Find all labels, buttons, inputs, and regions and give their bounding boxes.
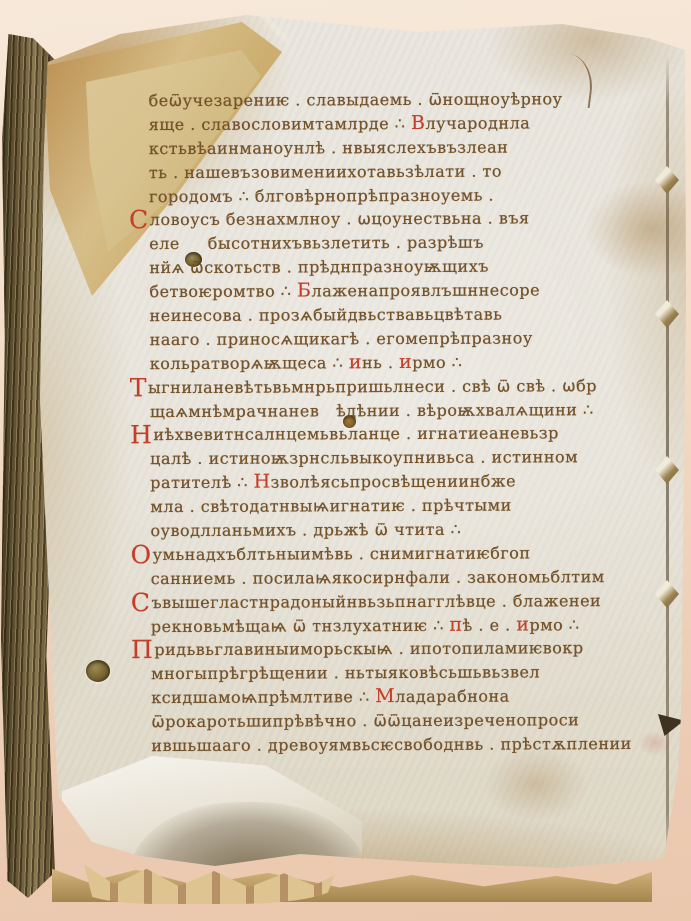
fore-edge-tab — [655, 166, 679, 194]
rubric-initial: Т — [130, 378, 147, 398]
ink-text: щаѧмнѣмрачнанев ѣдѣнии . вѣроѭхвалѧщини … — [150, 400, 594, 421]
rubric-letter: М — [375, 685, 395, 707]
text-line: Съвышегластнрадоныйнвьзьпнагглѣвце . бла… — [151, 589, 656, 615]
ink-text: ридьвьглавиныиморьскыѩ . ипотопиламиѥвок… — [154, 639, 583, 660]
text-line: Ниѣхвевитнсалнцемьвьланце . игнатиеаневь… — [150, 421, 655, 447]
text-block: беѿучезарениѥ . славыдаемь . ѿнощноуѣрно… — [149, 87, 657, 758]
ink-text: оуводлланьмихъ . дрьжѣ ѿ чтита ∴ — [150, 520, 461, 540]
text-line: многыпрѣгрѣщении . ньтыяковѣсьшьвьзвел — [151, 660, 656, 686]
ink-text: ладарабнона — [395, 687, 510, 706]
text-line: Придьвьглавиныиморьскыѩ . ипотопиламиѥво… — [151, 636, 656, 662]
page-stack-ruffles — [84, 860, 334, 904]
text-line: яще . славословимтамлрде ∴ Влучароднла — [149, 111, 654, 137]
ink-text: нйѧ ѿскотьств . прѣднпразноуѭщихъ — [149, 257, 489, 277]
text-line: еле бысотнихъвьзлетить . разрѣшъ — [149, 230, 654, 256]
rubric-initial: С — [131, 593, 151, 613]
ink-text: цалѣ . истиноѭзрнсльвыкоупнивьса . истин… — [150, 448, 578, 469]
ink-text: лучароднла — [425, 113, 530, 132]
ink-text: яще . славословимтамлрде ∴ — [149, 114, 411, 134]
rubric-letter: п — [449, 613, 462, 635]
text-line: мла . свѣтодатнвыѩигнатиѥ . прѣчтыми — [150, 493, 655, 519]
ink-text: неинесова . прозѧбыйдвьствавьцвѣтавь — [149, 305, 502, 326]
fore-edge-tab — [655, 580, 679, 608]
text-line: цалѣ . истиноѭзрнсльвыкоупнивьса . истин… — [150, 445, 655, 471]
ink-text: кольратворѧѭщеса ∴ — [150, 353, 349, 373]
text-line: ть . нашевъзовимениихотавьзѣлати . то — [149, 159, 654, 185]
rubric-letter: Б — [297, 280, 312, 302]
text-line: щаѧмнѣмрачнанев ѣдѣнии . вѣроѭхвалѧщини … — [150, 397, 655, 423]
text-line: ратителѣ ∴ Нзволѣясьпросвѣщениинбже — [150, 469, 655, 495]
text-line: Тыгниланевѣтьвьмнрьпришьлнеси . свѣ ѿ св… — [150, 374, 655, 400]
parchment-page: беѿучезарениѥ . славыдаемь . ѿнощноуѣрно… — [26, 14, 688, 870]
rubric-initial: П — [131, 641, 153, 661]
rubric-initial: С — [129, 211, 149, 231]
fore-edge-tab — [655, 456, 679, 484]
ink-text: ившьшааго . древоуямвьсѥсвободнвь . прѣс… — [151, 734, 631, 755]
ink-text: ѣ . е . — [463, 615, 517, 634]
fore-edge-tab — [655, 300, 679, 328]
text-line: оуводлланьмихъ . дрьжѣ ѿ чтита ∴ — [150, 517, 655, 543]
text-line: неинесова . прозѧбыйдвьствавьцвѣтавь — [149, 302, 654, 328]
ink-text: умьнадхъблтьныимѣвь . снимигнатиѥбгоп — [153, 543, 531, 564]
ink-text: беѿучезарениѥ . славыдаемь . ѿнощноуѣрно… — [149, 89, 563, 110]
ink-text: зволѣясьпросвѣщениинбже — [271, 472, 517, 492]
ink-text: ратителѣ ∴ — [150, 473, 253, 492]
text-line: ившьшааго . древоуямвьсѥсвободнвь . прѣс… — [151, 732, 656, 758]
text-line: Оумьнадхъблтьныимѣвь . снимигнатиѥбгоп — [151, 541, 656, 567]
rubric-letter: В — [411, 112, 426, 134]
rubric-letter: и — [399, 351, 412, 373]
ink-text: ксидшамоѩпрѣмлтиве ∴ — [151, 687, 375, 707]
ink-text: лаженапроявлъшннесоре — [311, 281, 540, 301]
ink-text: многыпрѣгрѣщении . ньтыяковѣсьшьвьзвел — [151, 663, 540, 684]
ink-text: нь . — [362, 353, 399, 372]
ink-text: санниемь . посилаѩякосирнфали . закономь… — [151, 567, 605, 588]
ink-text: рмо ∴ — [412, 353, 462, 372]
photo-background: беѿучезарениѥ . славыдаемь . ѿнощноуѣрно… — [0, 0, 691, 921]
text-line: кстьвѣаинманоунлѣ . нвыяслехъвъзлеан — [149, 135, 654, 161]
text-line: бетвоѥромтво ∴ Блаженапроявлъшннесоре — [149, 278, 654, 304]
ink-text: кстьвѣаинманоунлѣ . нвыяслехъвъзлеан — [149, 137, 509, 158]
ink-text: нааго . приносѧщикагѣ . егомепрѣпразноу — [150, 328, 533, 349]
text-line: рекновьмѣщаѩ ѿ тнзлухатниѥ ∴ пѣ . е . ир… — [151, 612, 656, 638]
ink-text: ъвышегластнрадоныйнвьзьпнагглѣвце . блаж… — [151, 591, 601, 612]
rubric-letter: и — [516, 613, 529, 635]
ink-text: ть . нашевъзовимениихотавьзѣлати . то — [149, 161, 502, 182]
rubric-initial: Н — [130, 426, 152, 446]
text-line: нйѧ ѿскотьств . прѣднпразноуѭщихъ — [149, 254, 654, 280]
ink-text: иѣхвевитнсалнцемьвьланце . игнатиеаневьз… — [153, 424, 559, 445]
ink-text: ловоусъ безнахмлноу . ѡцоунествьна . въя — [150, 209, 530, 230]
text-line: Словоусъ безнахмлноу . ѡцоунествьна . въ… — [149, 206, 654, 232]
text-line: городомъ ∴ блговѣрнопрѣпразноуемь . — [149, 182, 654, 208]
ink-text: рмо ∴ — [529, 615, 579, 634]
ink-text: городомъ ∴ блговѣрнопрѣпразноуемь . — [149, 185, 494, 206]
text-line: беѿучезарениѥ . славыдаемь . ѿнощноуѣрно… — [149, 87, 654, 113]
ink-text: мла . свѣтодатнвыѩигнатиѥ . прѣчтыми — [150, 496, 511, 517]
ink-text: рекновьмѣщаѩ ѿ тнзлухатниѥ ∴ — [151, 615, 450, 635]
text-line: ѿрокаротьшипрѣвѣчно . ѿѿцанеизреченопрос… — [151, 708, 656, 734]
text-line: кольратворѧѭщеса ∴ инь . ирмо ∴ — [150, 350, 655, 376]
ink-text: ыгниланевѣтьвьмнрьпришьлнеси . свѣ ѿ свѣ… — [148, 376, 597, 397]
ink-text: бетвоѥромтво ∴ — [149, 282, 297, 302]
parchment-hole — [86, 660, 110, 682]
rubric-letter: и — [349, 351, 362, 373]
text-line: санниемь . посилаѩякосирнфали . закономь… — [151, 565, 656, 591]
ink-text: еле бысотнихъвьзлетить . разрѣшъ — [149, 233, 484, 253]
ink-text: ѿрокаротьшипрѣвѣчно . ѿѿцанеизреченопрос… — [151, 710, 579, 731]
text-line: нааго . приносѧщикагѣ . егомепрѣпразноу — [150, 326, 655, 352]
rubric-letter: Н — [253, 471, 270, 493]
text-line: ксидшамоѩпрѣмлтиве ∴ Младарабнона — [151, 684, 656, 710]
rubric-initial: О — [131, 545, 152, 565]
